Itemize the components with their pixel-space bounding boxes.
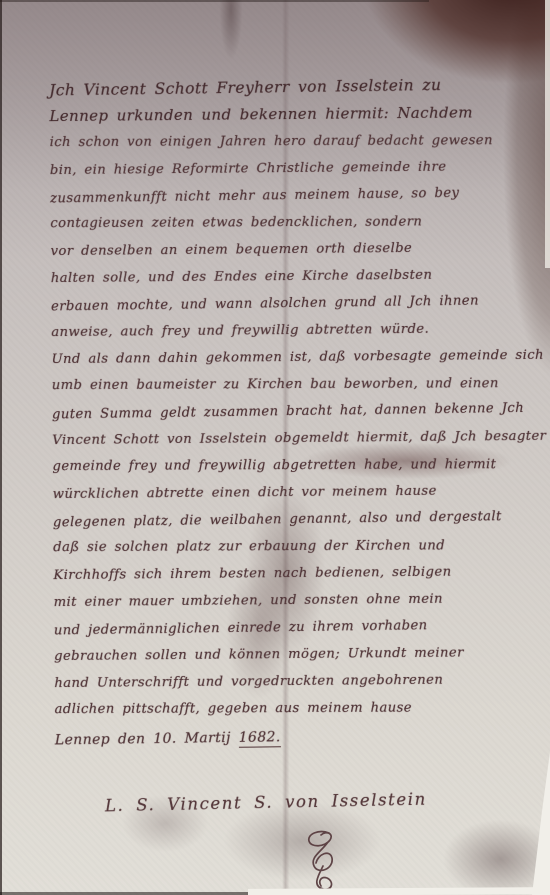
manuscript-line: adlichen pittschafft, gegeben aus meinem… (55, 694, 537, 723)
manuscript-line: Kirchhoffs sich ihrem besten nach bedien… (53, 558, 535, 589)
paper-edge-top (0, 0, 429, 2)
manuscript-line: gemeinde frey und freywillig abgetretten… (52, 451, 534, 480)
manuscript-line: anweise, auch frey und freywillig abtret… (51, 315, 533, 346)
date-line: Lennep den 10. Martij 1682. (55, 721, 537, 755)
photo-background-sliver (545, 0, 550, 268)
manuscript-line: Lennep urkunden und bekennen hiermit: Na… (49, 99, 531, 130)
manuscript-line: vor denselben an einem bequemen orth die… (50, 234, 532, 265)
signature-flourish (285, 828, 359, 894)
manuscript-photograph: Jch Vincent Schott Freyherr von Isselste… (0, 0, 550, 895)
manuscript-line: contagieusen zeiten etwas bedencklichen,… (50, 208, 532, 237)
manuscript-line: hand Unterschrifft und vorgedruckten ang… (54, 666, 536, 697)
paper-edge-left (0, 0, 2, 895)
photo-background-strip (248, 887, 550, 895)
manuscript-line: Vincent Schott von Isselstein obgemeldt … (52, 423, 534, 454)
manuscript-line: daß sie solchen platz zur erbauung der K… (53, 532, 535, 561)
manuscript-text-block: Jch Vincent Schott Freyherr von Isselste… (49, 72, 537, 753)
date-year-underlined: 1682. (239, 729, 281, 748)
manuscript-line: gebrauchen sollen und können mögen; Urku… (54, 639, 536, 670)
date-place-day: Lennep den 10. Martij (55, 730, 239, 749)
manuscript-line: Und als dann dahin gekommen ist, daß vor… (51, 342, 533, 373)
manuscript-line: ich schon von einigen Jahren hero darauf… (50, 127, 532, 156)
